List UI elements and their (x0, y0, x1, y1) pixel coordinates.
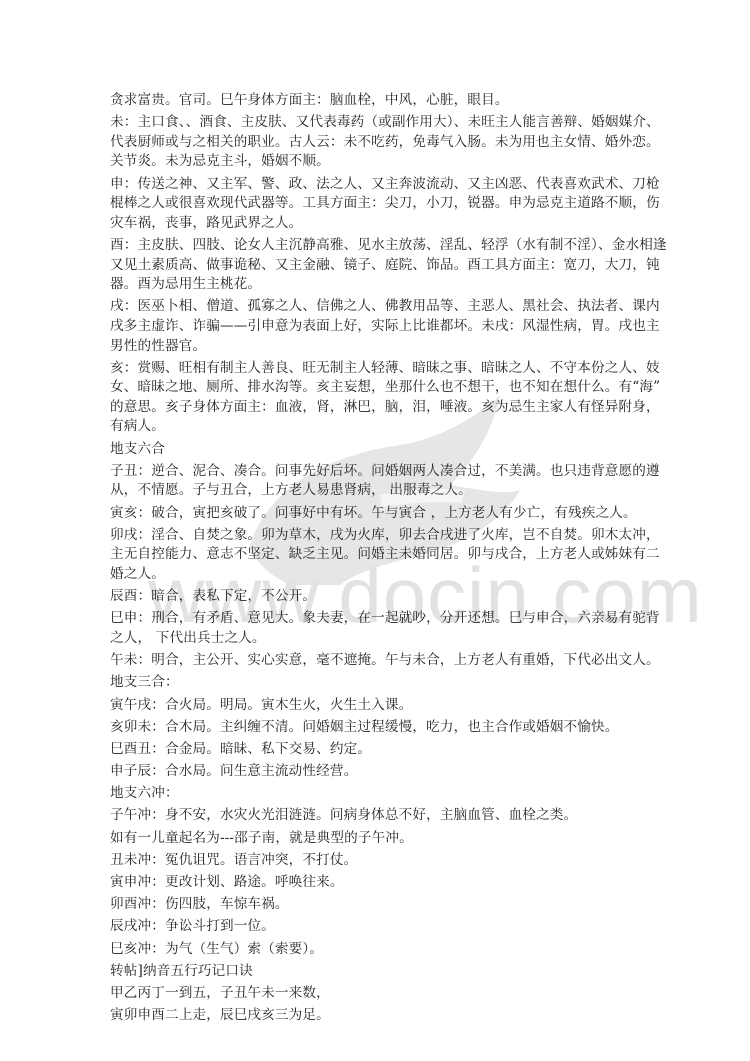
text-line: 棍棒之人或很喜欢现代武器等。工具方面主：尖刀，小刀，锐器。申为忌克主道路不顺，伤 (110, 194, 650, 214)
paragraph: 子丑：逆合、泥合、凑合。问事先好后坏。问婚姻两人凑合过，不美满。也只违背意愿的遵… (110, 462, 650, 501)
text-line: 如有一儿童起名为---邵子南，就是典型的子午冲。 (110, 829, 650, 849)
text-line: 男性的性器官。 (110, 337, 650, 357)
paragraph: 巳亥冲：为气（生气）索（索要）。 (110, 940, 650, 960)
paragraph: 寅卯申酉二上走，辰巳戌亥三为足。 (110, 1006, 650, 1026)
text-line: 子丑：逆合、泥合、凑合。问事先好后坏。问婚姻两人凑合过，不美满。也只违背意愿的遵 (110, 462, 650, 482)
text-line: 申子辰：合水局。问生意主流动性经营。 (110, 762, 650, 782)
paragraph: 如有一儿童起名为---邵子南，就是典型的子午冲。 (110, 829, 650, 849)
text-line: 亥：赏赐、旺相有制主人善良、旺无制主人轻薄、暗昧之事、暗昧之人、不守本份之人、妓 (110, 359, 650, 379)
text-line: 巳亥冲：为气（生气）索（索要）。 (110, 940, 650, 960)
text-line: 又见土素质高、做事诡秘、又主金融、镜子、庭院、饰品。酉工具方面主：宽刀，大刀，钝 (110, 256, 650, 276)
paragraph: 午未：明合，主公开、实心实意，毫不遮掩。午与未合，上方老人有重婚，下代必出文人。 (110, 651, 650, 671)
text-line: 午未：明合，主公开、实心实意，毫不遮掩。午与未合，上方老人有重婚，下代必出文人。 (110, 651, 650, 671)
paragraph: 卯酉冲：伤四肢，车惊车祸。 (110, 895, 650, 915)
text-line: 戌：医巫卜相、僧道、孤寡之人、信佛之人、佛教用品等、主恶人、黑社会、执法者、课内 (110, 297, 650, 317)
heading-nayin: 转帖]纳音五行巧记口诀 (110, 962, 650, 982)
paragraph: 亥卯未：合木局。主纠缠不清。问婚姻主过程缓慢，吃力，也主合作或婚姻不愉快。 (110, 718, 650, 738)
text-line: 未：主口食、、酒食、主皮肤、又代表毒药（或副作用大）、未旺主人能言善辩、婚姻媒介… (110, 113, 650, 133)
text-line: 寅亥：破合，寅把亥破了。问事好中有坏。午与寅合 ，上方老人有少亡，有残疾之人。 (110, 504, 650, 524)
text-line: 器。酉为忌用生主桃花。 (110, 275, 650, 295)
paragraph: 子午冲：身不安，水灾火光泪涟涟。问病身体总不好，主脑血管、血栓之类。 (110, 806, 650, 826)
paragraph: 丑未冲：冤仇诅咒。语言冲突，不打仗。 (110, 851, 650, 871)
text-line: 寅卯申酉二上走，辰巳戌亥三为足。 (110, 1006, 650, 1026)
text-line: 寅申冲：更改计划、路途。呼唤往来。 (110, 873, 650, 893)
paragraph: 辰酉：暗合，表私下定，不公开。 (110, 587, 650, 607)
paragraph-hai: 亥：赏赐、旺相有制主人善良、旺无制主人轻薄、暗昧之事、暗昧之人、不守本份之人、妓… (110, 359, 650, 437)
text-line: 酉：主皮肤、四肢、论女人主沉静高雅、见水主放荡、淫乱、轻浮（水有制不淫）、金水相… (110, 236, 650, 256)
text-line: 巳酉丑：合金局。暗昧、私下交易、约定。 (110, 740, 650, 760)
text-line: 卯戌：淫合、自焚之象。卯为草木，戌为火库，卯去合戌进了火库，岂不自焚。卯木太冲， (110, 526, 650, 546)
document-page: 贪求富贵。官司。巳午身体方面主：脑血栓，中风，心脏，眼目。 未：主口食、、酒食、… (110, 91, 650, 1028)
paragraph: 寅午戌：合火局。明局。寅木生火，火生土入课。 (110, 696, 650, 716)
text-line: 甲乙丙丁一到五，子丑午未一来数， (110, 984, 650, 1004)
section-heading: 地支三合： (110, 673, 650, 693)
paragraph: 贪求富贵。官司。巳午身体方面主：脑血栓，中风，心脏，眼目。 (110, 91, 650, 111)
paragraph: 申子辰：合水局。问生意主流动性经营。 (110, 762, 650, 782)
text-line: 子午冲：身不安，水灾火光泪涟涟。问病身体总不好，主脑血管、血栓之类。 (110, 806, 650, 826)
paragraph: 卯戌：淫合、自焚之象。卯为草木，戌为火库，卯去合戌进了火库，岂不自焚。卯木太冲，… (110, 526, 650, 585)
heading-liuchong: 地支六冲： (110, 784, 650, 804)
paragraph-wei: 未：主口食、、酒食、主皮肤、又代表毒药（或副作用大）、未旺主人能言善辩、婚姻媒介… (110, 113, 650, 172)
text-line: 亥卯未：合木局。主纠缠不清。问婚姻主过程缓慢，吃力，也主合作或婚姻不愉快。 (110, 718, 650, 738)
heading-liuhe: 地支六合 (110, 440, 650, 460)
text-line: 女、暗昧之地、厕所、排水沟等。亥主妄想，坐那什么也不想干，也不知在想什么。有“海… (110, 378, 650, 398)
paragraph: 甲乙丙丁一到五，子丑午未一来数， (110, 984, 650, 1004)
text-line: 辰酉：暗合，表私下定，不公开。 (110, 587, 650, 607)
paragraph-shen: 申：传送之神、又主军、警、政、法之人、又主奔波流动、又主凶恶、代表喜欢武术、刀枪… (110, 175, 650, 234)
paragraph: 寅申冲：更改计划、路途。呼唤往来。 (110, 873, 650, 893)
text-line: 辰戌冲：争讼斗打到一位。 (110, 917, 650, 937)
paragraph: 巳申：刑合，有矛盾、意见大。象夫妻，在一起就吵，分开还想。巳与申合，六亲易有驼背… (110, 609, 650, 648)
text-line: 灾车祸，丧事，路见武界之人。 (110, 214, 650, 234)
text-line: 卯酉冲：伤四肢，车惊车祸。 (110, 895, 650, 915)
text-line: 婚之人。 (110, 565, 650, 585)
text-line: 巳申：刑合，有矛盾、意见大。象夫妻，在一起就吵，分开还想。巳与申合，六亲易有驼背 (110, 609, 650, 629)
paragraph: 巳酉丑：合金局。暗昧、私下交易、约定。 (110, 740, 650, 760)
section-heading: 地支六冲： (110, 784, 650, 804)
heading-sanhe: 地支三合： (110, 673, 650, 693)
text-line: 寅午戌：合火局。明局。寅木生火，火生土入课。 (110, 696, 650, 716)
text-line: 代表厨师或与之相关的职业。古人云：未不吃药，免毒气入肠。未为用也主女情、婚外恋。 (110, 133, 650, 153)
paragraph-you: 酉：主皮肤、四肢、论女人主沉静高雅、见水主放荡、淫乱、轻浮（水有制不淫）、金水相… (110, 236, 650, 295)
text-line: 有病人。 (110, 417, 650, 437)
text-line: 关节炎。未为忌克主斗，婚姻不顺。 (110, 152, 650, 172)
text-line: 丑未冲：冤仇诅咒。语言冲突，不打仗。 (110, 851, 650, 871)
paragraph-xu: 戌：医巫卜相、僧道、孤寡之人、信佛之人、佛教用品等、主恶人、黑社会、执法者、课内… (110, 297, 650, 356)
section-heading: 地支六合 (110, 440, 650, 460)
text-line: 申：传送之神、又主军、警、政、法之人、又主奔波流动、又主凶恶、代表喜欢武术、刀枪 (110, 175, 650, 195)
text-line: 的意思。亥子身体方面主：血液，肾，淋巴，脑，泪，唾液。亥为忌生主家人有怪异附身， (110, 398, 650, 418)
text-line: 贪求富贵。官司。巳午身体方面主：脑血栓，中风，心脏，眼目。 (110, 91, 650, 111)
text-line: 之人， 下代出兵士之人。 (110, 629, 650, 649)
text-line: 从，不情愿。子与丑合，上方老人易患肾病， 出服毒之人。 (110, 481, 650, 501)
paragraph: 辰戌冲：争讼斗打到一位。 (110, 917, 650, 937)
section-heading: 转帖]纳音五行巧记口诀 (110, 962, 650, 982)
text-line: 主无自控能力、意志不坚定、缺乏主见。问婚主未婚同居。卯与戌合，上方老人或姊妹有二 (110, 545, 650, 565)
paragraph: 寅亥：破合，寅把亥破了。问事好中有坏。午与寅合 ，上方老人有少亡，有残疾之人。 (110, 504, 650, 524)
text-line: 戌多主虚诈、诈骗——引申意为表面上好，实际上比谁都坏。未戌：风湿性病，胃。戌也主 (110, 317, 650, 337)
